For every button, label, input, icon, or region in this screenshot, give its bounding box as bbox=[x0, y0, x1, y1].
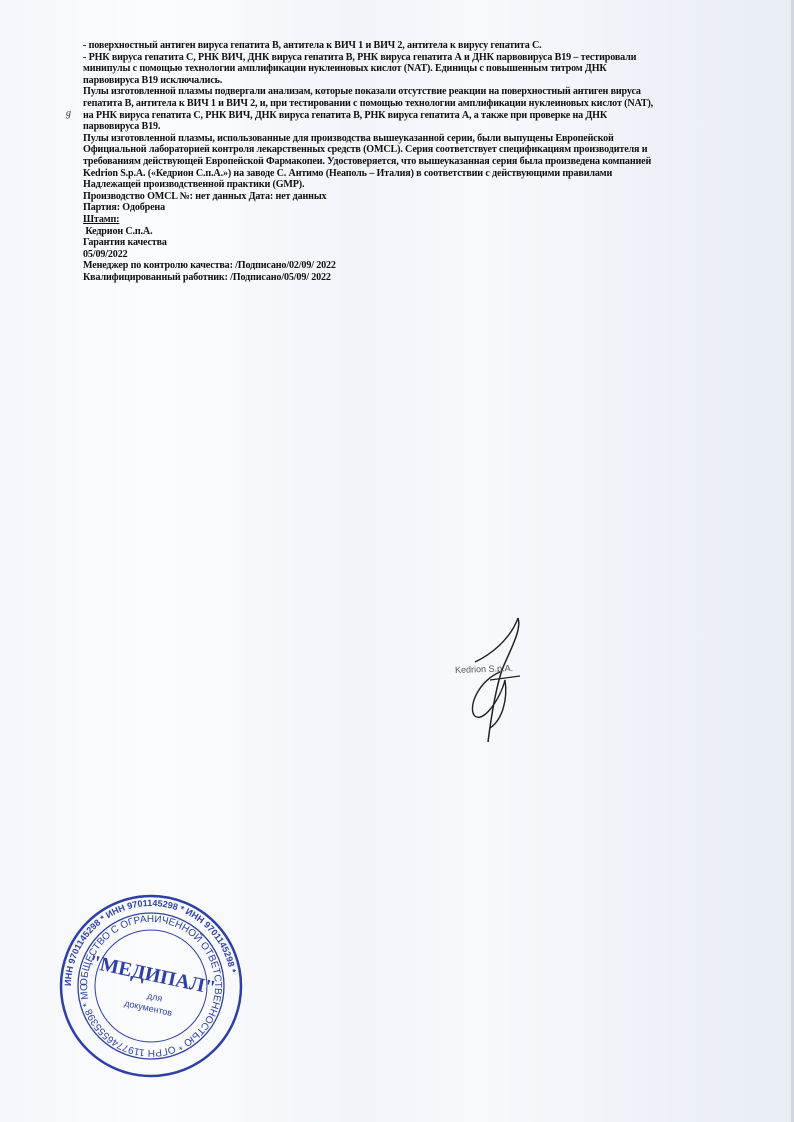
signature-company-label: Kedrion S.p.A. bbox=[455, 663, 513, 675]
stamp-heading: Штамп: bbox=[83, 214, 663, 226]
stamp-company: Кедрион С.п.А. bbox=[83, 226, 663, 238]
qualified-person-line: Квалифицированный работник: /Подписано/0… bbox=[83, 272, 663, 284]
paragraph-antigens: - поверхностный антиген вируса гепатита … bbox=[83, 40, 663, 52]
paragraph-nat-testing: - РНК вируса гепатита С, РНК ВИЧ, ДНК ви… bbox=[83, 52, 663, 87]
omcl-production-line: Производство OMCL №: нет данных Дата: не… bbox=[83, 191, 663, 203]
stamp-date: 05/09/2022 bbox=[83, 249, 663, 261]
paragraph-omcl-release: Пулы изготовленной плазмы, использованны… bbox=[83, 133, 663, 191]
company-stamp: ИНН 9701145298 * ИНН 9701145298 * ИНН 97… bbox=[58, 893, 244, 1079]
document-body: - поверхностный антиген вируса гепатита … bbox=[83, 40, 663, 283]
margin-mark: g bbox=[66, 108, 71, 119]
stamp-department: Гарантия качества bbox=[83, 237, 663, 249]
batch-status: Партия: Одобрена bbox=[83, 202, 663, 214]
paragraph-pool-analysis: Пулы изготовленной плазмы подвергали ана… bbox=[83, 86, 663, 132]
stamp-sub1: для bbox=[146, 991, 163, 1004]
qc-manager-line: Менеджер по контролю качества: /Подписан… bbox=[83, 260, 663, 272]
stamp-sub2: документов bbox=[123, 998, 173, 1018]
signature bbox=[430, 610, 580, 750]
